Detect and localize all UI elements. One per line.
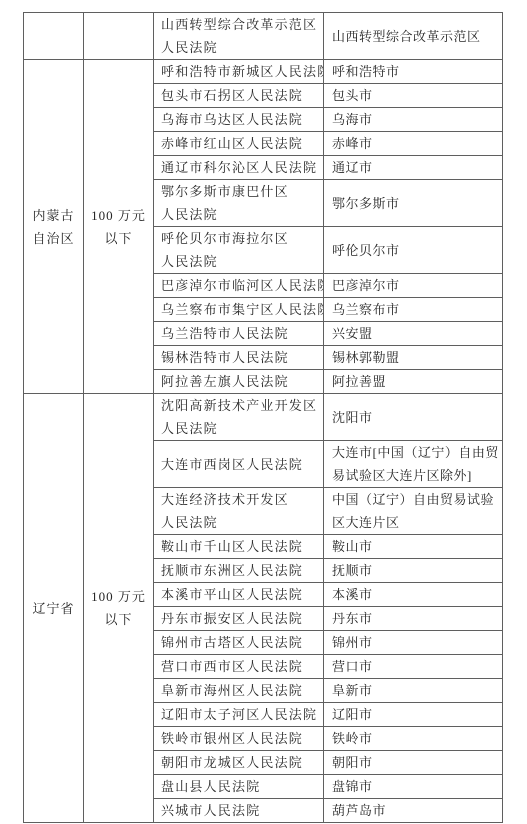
court-cell-line: 呼伦贝尔市海拉尔区 (154, 227, 323, 250)
city-cell: 沈阳市 (324, 394, 503, 441)
court-cell: 本溪市平山区人民法院 (154, 583, 324, 607)
city-cell-line: 营口市 (324, 655, 502, 678)
city-cell: 呼伦贝尔市 (324, 227, 503, 274)
court-cell: 辽阳市太子河区人民法院 (154, 703, 324, 727)
court-cell: 阜新市海州区人民法院 (154, 679, 324, 703)
court-cell: 包头市石拐区人民法院 (154, 84, 324, 108)
court-cell-line: 阜新市海州区人民法院 (154, 679, 323, 702)
court-cell: 沈阳高新技术产业开发区人民法院 (154, 394, 324, 441)
court-cell: 赤峰市红山区人民法院 (154, 132, 324, 156)
court-cell-line: 大连市西岗区人民法院 (154, 453, 323, 476)
court-cell-line: 本溪市平山区人民法院 (154, 583, 323, 606)
amount-cell: 100 万元以下 (84, 394, 154, 823)
city-cell: 中国（辽宁）自由贸易试验区大连片区 (324, 488, 503, 535)
table-row: 内蒙古自治区100 万元以下呼和浩特市新城区人民法院呼和浩特市 (24, 60, 503, 84)
city-cell-line: 乌海市 (324, 108, 502, 131)
city-cell-line: 丹东市 (324, 607, 502, 630)
court-cell: 通辽市科尔沁区人民法院 (154, 156, 324, 180)
city-cell: 盘锦市 (324, 775, 503, 799)
city-cell: 阜新市 (324, 679, 503, 703)
court-cell-line: 通辽市科尔沁区人民法院 (154, 156, 323, 179)
province-cell (24, 13, 84, 60)
province-cell: 内蒙古自治区 (24, 60, 84, 394)
amount-cell-line: 以下 (84, 227, 153, 250)
city-cell: 赤峰市 (324, 132, 503, 156)
court-cell-line: 人民法院 (154, 203, 323, 226)
court-cell-line: 铁岭市银州区人民法院 (154, 727, 323, 750)
court-cell-line: 乌兰察布市集宁区人民法院 (154, 298, 323, 321)
city-cell-line: 鞍山市 (324, 535, 502, 558)
city-cell-line: 包头市 (324, 84, 502, 107)
city-cell-line: 中国（辽宁）自由贸易试验 (324, 488, 502, 511)
court-cell-line: 盘山县人民法院 (154, 775, 323, 798)
court-jurisdiction-table: 山西转型综合改革示范区人民法院山西转型综合改革示范区内蒙古自治区100 万元以下… (23, 12, 503, 823)
court-cell-line: 呼和浩特市新城区人民法院 (154, 60, 323, 83)
court-cell: 锦州市古塔区人民法院 (154, 631, 324, 655)
amount-cell: 100 万元以下 (84, 60, 154, 394)
city-cell-line: 沈阳市 (324, 406, 502, 429)
court-cell-line: 人民法院 (154, 36, 323, 59)
court-cell-line: 人民法院 (154, 417, 323, 440)
city-cell: 呼和浩特市 (324, 60, 503, 84)
court-cell: 鄂尔多斯市康巴什区人民法院 (154, 180, 324, 227)
court-cell: 营口市西市区人民法院 (154, 655, 324, 679)
court-cell-line: 乌海市乌达区人民法院 (154, 108, 323, 131)
table-body: 山西转型综合改革示范区人民法院山西转型综合改革示范区内蒙古自治区100 万元以下… (24, 13, 503, 823)
city-cell: 营口市 (324, 655, 503, 679)
court-cell: 巴彦淖尔市临河区人民法院 (154, 274, 324, 298)
city-cell-line: 区大连片区 (324, 511, 502, 534)
amount-cell-line: 以下 (84, 608, 153, 631)
court-cell: 阿拉善左旗人民法院 (154, 370, 324, 394)
court-cell-line: 阿拉善左旗人民法院 (154, 370, 323, 393)
city-cell-line: 易试验区大连片区除外] (324, 464, 502, 487)
court-cell-line: 锡林浩特市人民法院 (154, 346, 323, 369)
city-cell-line: 山西转型综合改革示范区 (324, 25, 502, 48)
court-cell: 山西转型综合改革示范区人民法院 (154, 13, 324, 60)
court-cell: 呼和浩特市新城区人民法院 (154, 60, 324, 84)
city-cell: 乌海市 (324, 108, 503, 132)
city-cell-line: 阿拉善盟 (324, 370, 502, 393)
court-cell-line: 人民法院 (154, 511, 323, 534)
city-cell-line: 抚顺市 (324, 559, 502, 582)
city-cell: 丹东市 (324, 607, 503, 631)
court-cell: 乌海市乌达区人民法院 (154, 108, 324, 132)
amount-cell-line: 100 万元 (84, 204, 153, 227)
amount-cell-line: 100 万元 (84, 585, 153, 608)
city-cell: 包头市 (324, 84, 503, 108)
city-cell: 通辽市 (324, 156, 503, 180)
city-cell: 鞍山市 (324, 535, 503, 559)
city-cell: 锦州市 (324, 631, 503, 655)
city-cell: 山西转型综合改革示范区 (324, 13, 503, 60)
court-cell: 呼伦贝尔市海拉尔区人民法院 (154, 227, 324, 274)
city-cell-line: 朝阳市 (324, 751, 502, 774)
province-cell-line: 自治区 (24, 227, 83, 250)
court-cell-line: 沈阳高新技术产业开发区 (154, 394, 323, 417)
court-cell-line: 赤峰市红山区人民法院 (154, 132, 323, 155)
city-cell: 阿拉善盟 (324, 370, 503, 394)
court-cell-line: 鄂尔多斯市康巴什区 (154, 180, 323, 203)
court-cell: 兴城市人民法院 (154, 799, 324, 823)
city-cell-line: 铁岭市 (324, 727, 502, 750)
city-cell: 朝阳市 (324, 751, 503, 775)
city-cell: 葫芦岛市 (324, 799, 503, 823)
table-row: 辽宁省100 万元以下沈阳高新技术产业开发区人民法院沈阳市 (24, 394, 503, 441)
province-cell-line: 内蒙古 (24, 204, 83, 227)
court-cell-line: 丹东市振安区人民法院 (154, 607, 323, 630)
court-cell: 铁岭市银州区人民法院 (154, 727, 324, 751)
court-cell-line: 人民法院 (154, 250, 323, 273)
court-cell-line: 大连经济技术开发区 (154, 488, 323, 511)
document-page: 山西转型综合改革示范区人民法院山西转型综合改革示范区内蒙古自治区100 万元以下… (0, 0, 527, 824)
city-cell-line: 盘锦市 (324, 775, 502, 798)
court-cell: 抚顺市东洲区人民法院 (154, 559, 324, 583)
court-cell: 大连经济技术开发区人民法院 (154, 488, 324, 535)
court-cell: 朝阳市龙城区人民法院 (154, 751, 324, 775)
city-cell-line: 呼伦贝尔市 (324, 239, 502, 262)
city-cell: 锡林郭勒盟 (324, 346, 503, 370)
court-cell: 丹东市振安区人民法院 (154, 607, 324, 631)
court-cell: 锡林浩特市人民法院 (154, 346, 324, 370)
court-cell: 鞍山市千山区人民法院 (154, 535, 324, 559)
province-cell-line: 辽宁省 (24, 597, 83, 620)
city-cell-line: 乌兰察布市 (324, 298, 502, 321)
city-cell: 抚顺市 (324, 559, 503, 583)
city-cell-line: 大连市[中国（辽宁）自由贸 (324, 441, 502, 464)
city-cell: 铁岭市 (324, 727, 503, 751)
city-cell: 乌兰察布市 (324, 298, 503, 322)
province-cell: 辽宁省 (24, 394, 84, 823)
city-cell-line: 兴安盟 (324, 322, 502, 345)
city-cell: 鄂尔多斯市 (324, 180, 503, 227)
court-cell: 乌兰浩特市人民法院 (154, 322, 324, 346)
city-cell-line: 辽阳市 (324, 703, 502, 726)
city-cell-line: 赤峰市 (324, 132, 502, 155)
court-cell-line: 山西转型综合改革示范区 (154, 13, 323, 36)
city-cell: 兴安盟 (324, 322, 503, 346)
court-cell: 乌兰察布市集宁区人民法院 (154, 298, 324, 322)
court-cell-line: 辽阳市太子河区人民法院 (154, 703, 323, 726)
court-cell-line: 兴城市人民法院 (154, 799, 323, 822)
city-cell: 大连市[中国（辽宁）自由贸易试验区大连片区除外] (324, 441, 503, 488)
city-cell-line: 巴彦淖尔市 (324, 274, 502, 297)
court-cell-line: 营口市西市区人民法院 (154, 655, 323, 678)
city-cell-line: 通辽市 (324, 156, 502, 179)
court-cell-line: 乌兰浩特市人民法院 (154, 322, 323, 345)
city-cell-line: 锦州市 (324, 631, 502, 654)
table-row: 山西转型综合改革示范区人民法院山西转型综合改革示范区 (24, 13, 503, 60)
city-cell: 巴彦淖尔市 (324, 274, 503, 298)
court-cell-line: 朝阳市龙城区人民法院 (154, 751, 323, 774)
city-cell: 本溪市 (324, 583, 503, 607)
city-cell-line: 锡林郭勒盟 (324, 346, 502, 369)
amount-cell (84, 13, 154, 60)
city-cell-line: 葫芦岛市 (324, 799, 502, 822)
city-cell-line: 阜新市 (324, 679, 502, 702)
city-cell-line: 本溪市 (324, 583, 502, 606)
court-cell-line: 巴彦淖尔市临河区人民法院 (154, 274, 323, 297)
court-cell-line: 抚顺市东洲区人民法院 (154, 559, 323, 582)
court-cell: 盘山县人民法院 (154, 775, 324, 799)
city-cell-line: 鄂尔多斯市 (324, 192, 502, 215)
city-cell: 辽阳市 (324, 703, 503, 727)
court-cell-line: 包头市石拐区人民法院 (154, 84, 323, 107)
city-cell-line: 呼和浩特市 (324, 60, 502, 83)
court-cell-line: 锦州市古塔区人民法院 (154, 631, 323, 654)
court-cell: 大连市西岗区人民法院 (154, 441, 324, 488)
court-cell-line: 鞍山市千山区人民法院 (154, 535, 323, 558)
